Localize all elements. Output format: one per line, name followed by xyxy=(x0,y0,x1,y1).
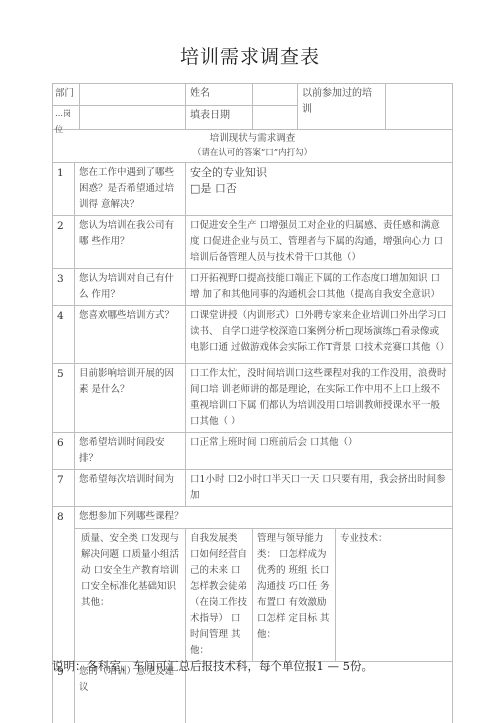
question-row: 8 您想参加下列哪些课程？ xyxy=(53,507,453,529)
question-row: 7 您希望每次培训时间为 口1小时 口2小时口半天口一天 口只要有用，我会挤出时… xyxy=(53,470,453,507)
prev-training-label: 以前参加过的培训 xyxy=(298,84,386,130)
section-header: 培训现状与需求调查 （请在认可的答案“口”内打勾） xyxy=(53,130,453,163)
question-row: 6 您希望培训时间段安排？ 口正常上班时间 口班前后会 口其他（） xyxy=(53,433,453,470)
question-text: 您希望培训时间段安排？ xyxy=(75,433,186,470)
survey-table: 部门 姓名 以前参加过的培训 …岗位 填表日期 培训现状与需求调查 （请在认可的… xyxy=(52,83,453,723)
name-field[interactable] xyxy=(253,84,298,106)
question-number: 1 xyxy=(53,163,75,216)
question-number: 4 xyxy=(53,306,75,364)
question-text: 您希望每次培训时间为 xyxy=(75,470,186,507)
date-label: 填表日期 xyxy=(186,106,253,130)
dept-label-cell: 部门 xyxy=(53,84,186,106)
answer-cell[interactable]: 安全的专业知识 □是 口否 xyxy=(186,163,453,216)
answer-cell[interactable]: 口正常上班时间 口班前后会 口其他（） xyxy=(186,433,453,470)
question-row: 2 您认为培训在我公司有哪 些作用？ 口促进安全生产 口增强员工对企业的归属感、… xyxy=(53,216,453,269)
course-category-management[interactable]: 管理与领导能力类： 口怎样成为优秀的 班组 长口沟通技 巧口任 务布置口 有效激… xyxy=(253,529,336,662)
dept-label: 部门 xyxy=(53,84,80,105)
question-number: 6 xyxy=(53,433,75,470)
course-category-professional[interactable]: 专业技术： xyxy=(336,529,453,662)
answer-cell[interactable]: 口课堂讲授（内训形式）口外聘专家来企业培训口外出学习口读书、 自学口进学校深造口… xyxy=(186,306,453,364)
answer-cell[interactable]: 口促进安全生产 口增强员工对企业的归属感、责任感和满意度 口促进企业与员工、管理… xyxy=(186,216,453,269)
question-number: 8 xyxy=(53,507,75,662)
post-label: …岗位 xyxy=(53,106,80,129)
question-number: 2 xyxy=(53,216,75,269)
question-number: 5 xyxy=(53,364,75,433)
prev-training-field[interactable] xyxy=(386,84,453,130)
question-row: 5 目前影响培训开展的因素 是什么？ 口工作太忙，没时间培训口这些课程对我的工作… xyxy=(53,364,453,433)
section-title: 培训现状与需求调查 xyxy=(57,132,448,146)
footer-note: 说明：各科室、车间可汇总后报技术科，每个单位报1 — 5份。 xyxy=(52,658,373,674)
answer-cell[interactable]: 口工作太忙，没时间培训口这些课程对我的工作没用，浪费时间口培 训老师讲的都是理论… xyxy=(186,364,453,433)
question-text: 您喜欢哪些培训方式？ xyxy=(75,306,186,364)
course-category-quality-safety[interactable]: 质量、安全类 口发现与解决问题 口质量小组活动 口安全生产教育培训 口安全标准化… xyxy=(75,529,186,662)
question-text: 您认为培训在我公司有哪 些作用？ xyxy=(75,216,186,269)
question-row: 3 您认为培训对自己有什么 作用？ 口开拓视野口提高技能口端正下属的工作态度口增… xyxy=(53,269,453,306)
question-row: 1 您在工作中遇到了哪些困惑？是否希望通过培训得 意解决？ 安全的专业知识 □是… xyxy=(53,163,453,216)
answer-cell[interactable]: 口开拓视野口提高技能口端正下属的工作态度口增加知识 口增 加了和其他同事的沟通机… xyxy=(186,269,453,306)
date-field[interactable] xyxy=(253,106,298,130)
name-label: 姓名 xyxy=(186,84,253,106)
page-title: 培训需求调查表 xyxy=(0,42,500,69)
question-row: 4 您喜欢哪些培训方式？ 口课堂讲授（内训形式）口外聘专家来企业培训口外出学习口… xyxy=(53,306,453,364)
question-number: 7 xyxy=(53,470,75,507)
question-text: 您想参加下列哪些课程？ xyxy=(75,507,453,529)
question-number: 3 xyxy=(53,269,75,306)
answer-cell[interactable]: 口1小时 口2小时口半天口一天 口只要有用，我会挤出时间参加 xyxy=(186,470,453,507)
question-text: 您在工作中遇到了哪些困惑？是否希望通过培训得 意解决？ xyxy=(75,163,186,216)
question-text: 您认为培训对自己有什么 作用？ xyxy=(75,269,186,306)
question-text: 目前影响培训开展的因素 是什么？ xyxy=(75,364,186,433)
course-category-self-development[interactable]: 自我发展类 口如何经营自 己的未来 口怎样教会徒弟（在岗工作技术指导） 口时间管… xyxy=(186,529,253,662)
section-instruction: （请在认可的答案“口”内打勾） xyxy=(57,146,448,160)
